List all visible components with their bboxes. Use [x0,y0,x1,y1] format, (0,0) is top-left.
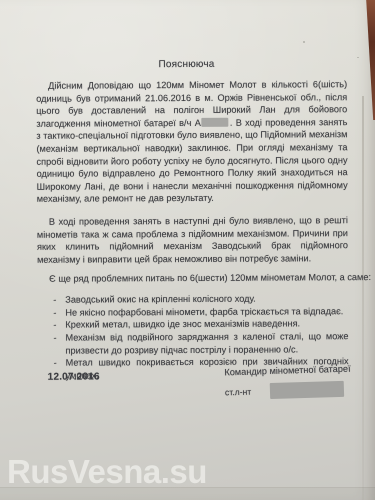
paragraph-main: Дійсним Доповідаю що 120мм Міномет Молот… [36,78,348,206]
bullet-dash: - [53,294,56,307]
redaction-box-unit-number [202,118,229,127]
paragraph-main-text-end: . В ході проведення занять з тактико-спе… [36,117,347,204]
bullet-dash: - [53,332,56,345]
paragraph-followup: В ході проведення занять в наступні дні … [37,214,348,266]
redaction-box-signature [270,381,344,399]
document-title: Пояснююча [0,58,374,71]
signature-rank: ст.л-нт [225,387,252,398]
list-item: -Механізм від подвійного заряджання з ка… [53,330,348,357]
document-date: 12.07.2016 [48,371,100,382]
list-item-text: Не якісно пофарбовані міномети, фарба тр… [65,306,343,317]
signature-block: Командир мінометної батареї ст.л-нт [224,364,355,401]
issues-intro: Є ще ряд проблемних питань по 6(шести) 1… [37,271,348,285]
document-body: Дійсним Доповідаю що 120мм Міномет Молот… [36,78,349,382]
bullet-dash: - [53,306,56,319]
document-photo: Пояснююча Дійсним Доповідаю що 120мм Мін… [0,0,375,500]
signature-row: ст.л-нт [225,381,355,401]
list-item-text: Заводський окис на кріпленні колісного х… [65,294,255,305]
document-content: Пояснююча Дійсним Доповідаю що 120мм Мін… [0,0,375,500]
list-item-text: Механізм від подвійного заряджання з кал… [65,331,348,355]
watermark: RusVesna.su [7,453,207,491]
bullet-dash: - [53,319,56,332]
bullet-dash: - [54,357,57,370]
list-item-text: Крехкий метал, швидко іде знос механізмі… [65,319,300,330]
